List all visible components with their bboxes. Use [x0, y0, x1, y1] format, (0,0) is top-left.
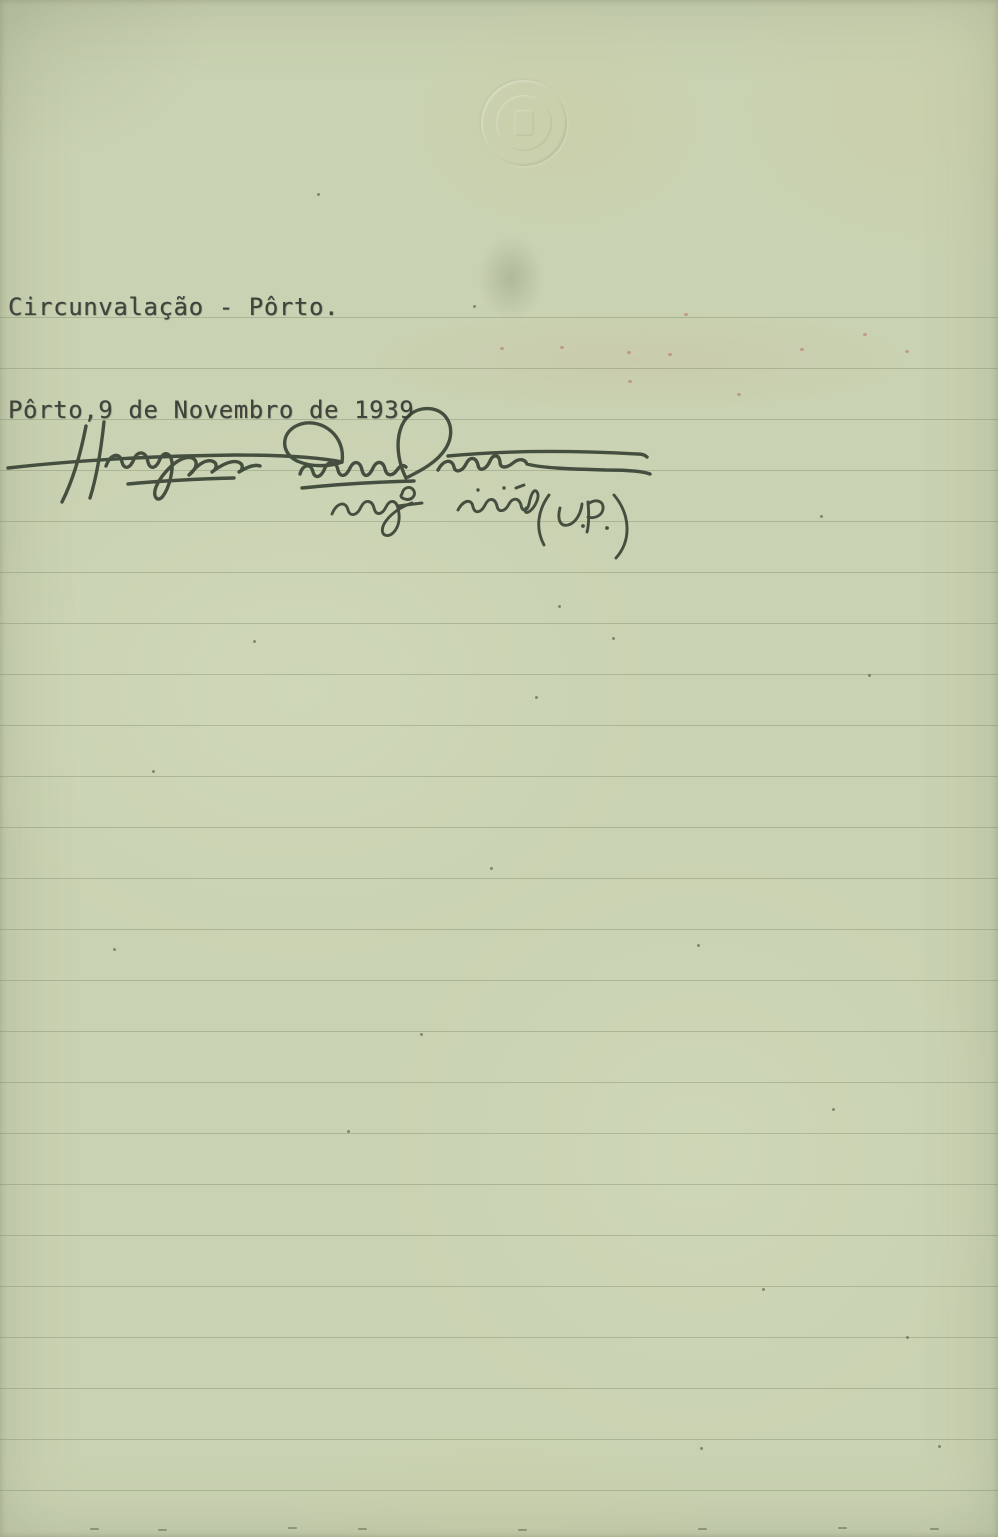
speck-red	[800, 348, 804, 351]
edge-dash	[90, 1528, 99, 1530]
speck-red	[500, 347, 504, 350]
speck-dark	[113, 948, 116, 951]
speck-dark	[253, 640, 256, 643]
speck-dark	[420, 1033, 423, 1036]
speck-red	[628, 380, 632, 383]
speck-red	[737, 393, 741, 396]
speck-dark	[347, 1130, 350, 1133]
signature-name-strokes	[8, 409, 650, 502]
speck-dark	[152, 770, 155, 773]
edge-dash	[358, 1528, 367, 1530]
speck-red	[905, 350, 909, 353]
edge-dash	[288, 1527, 297, 1529]
speck-dark	[473, 305, 476, 308]
scanned-document-page: Circunvalação - Pôrto. Pôrto,9 de Novemb…	[0, 0, 998, 1537]
edge-dash	[698, 1528, 707, 1530]
speck-red	[863, 333, 867, 336]
edge-dash	[838, 1527, 847, 1529]
signature-credential-strokes	[332, 485, 627, 558]
signature-name-text: Henrique Santos Leite	[0, 0, 1, 1]
speck-dark	[938, 1445, 941, 1448]
embossed-seal	[481, 80, 567, 166]
speck-dark	[535, 696, 538, 699]
speck-red	[684, 313, 688, 316]
speck-dark	[490, 867, 493, 870]
speck-red	[627, 351, 631, 354]
signature-title-text: eng.º civil (U.P.)	[0, 0, 1, 1]
speck-dark	[558, 605, 561, 608]
speck-dark	[820, 515, 823, 518]
edge-dash	[158, 1529, 167, 1531]
speck-red	[560, 346, 564, 349]
speck-dark	[832, 1108, 835, 1111]
signature-handwriting	[0, 404, 670, 564]
speck-dark	[762, 1288, 765, 1291]
embossed-seal-crest	[514, 110, 534, 136]
paper-texture	[0, 0, 998, 1537]
speck-dark	[317, 193, 320, 196]
embossed-seal-inner-ring	[496, 95, 552, 151]
speck-red	[668, 353, 672, 356]
speck-dark	[612, 637, 615, 640]
edge-dash	[930, 1528, 939, 1530]
speck-dark	[906, 1336, 909, 1339]
speck-dark	[700, 1447, 703, 1450]
speck-dark	[697, 944, 700, 947]
subject-line: Circunvalação - Pôrto.	[8, 293, 339, 321]
speck-dark	[868, 674, 871, 677]
edge-dash	[518, 1529, 527, 1531]
